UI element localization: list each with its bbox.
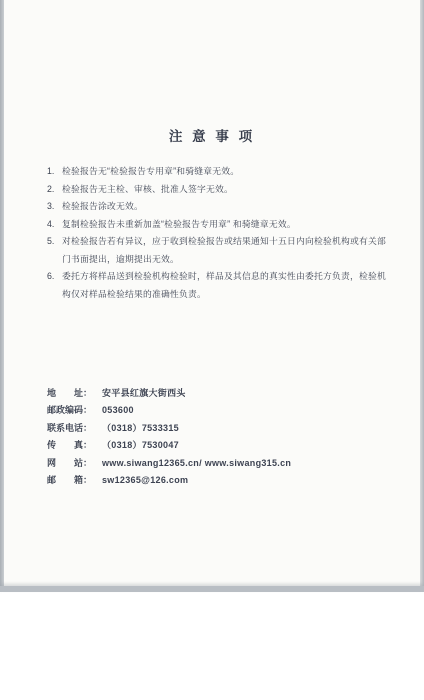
notice-item-text: 检验报告无主检、审核、批准人签字无效。 [62,181,386,199]
notice-item-number: 5. [47,233,62,268]
contact-label: 网 站： [47,455,102,472]
contact-row-fax: 传 真： （0318）7530047 [47,437,377,454]
notice-item-number: 1. [47,163,62,181]
scan-edge-right [420,0,424,592]
notice-item-text: 复制检验报告未重新加盖“检验报告专用章” 和骑缝章无效。 [62,216,386,234]
contact-label: 地 址： [47,385,102,402]
contact-label: 邮政编码： [47,402,102,419]
notice-item: 5. 对检验报告若有异议，应于收到检验报告或结果通知十五日内向检验机构或有关部门… [47,233,386,268]
notice-item: 6. 委托方将样品送到检验机构检验时，样品及其信息的真实性由委托方负责，检验机构… [47,268,386,303]
contact-row-email: 邮 箱： sw12365@126.com [47,472,377,489]
contact-label: 邮 箱： [47,472,102,489]
contact-value-email: sw12365@126.com [102,472,188,489]
notice-item: 3. 检验报告涂改无效。 [47,198,386,216]
contact-row-address: 地 址： 安平县红旗大街西头 [47,385,377,402]
contact-value-fax: （0318）7530047 [102,437,179,454]
contact-value-postcode: 053600 [102,402,134,419]
scanned-document-page: 注 意 事 项 1. 检验报告无“检验报告专用章”和骑缝章无效。 2. 检验报告… [0,0,424,592]
scan-edge-bottom [0,586,424,592]
notice-item-text: 委托方将样品送到检验机构检验时，样品及其信息的真实性由委托方负责，检验机构仅对样… [62,268,386,303]
contact-value-phone: （0318）7533315 [102,420,179,437]
notice-item-number: 3. [47,198,62,216]
contact-row-website: 网 站： www.siwang12365.cn/ www.siwang315.c… [47,455,377,472]
notice-item-number: 2. [47,181,62,199]
notice-item-text: 检验报告涂改无效。 [62,198,386,216]
notice-item: 4. 复制检验报告未重新加盖“检验报告专用章” 和骑缝章无效。 [47,216,386,234]
notice-item: 2. 检验报告无主检、审核、批准人签字无效。 [47,181,386,199]
contact-value-website: www.siwang12365.cn/ www.siwang315.cn [102,455,291,472]
scan-edge-left [0,0,4,592]
notice-item-text: 对检验报告若有异议，应于收到检验报告或结果通知十五日内向检验机构或有关部门书面提… [62,233,386,268]
contact-value-address: 安平县红旗大街西头 [102,385,186,402]
notice-item-number: 4. [47,216,62,234]
contact-label: 传 真： [47,437,102,454]
notice-item-number: 6. [47,268,62,303]
screenshot-canvas: 注 意 事 项 1. 检验报告无“检验报告专用章”和骑缝章无效。 2. 检验报告… [0,0,424,700]
contact-block: 地 址： 安平县红旗大街西头 邮政编码： 053600 联系电话： （0318）… [47,385,377,490]
notice-item: 1. 检验报告无“检验报告专用章”和骑缝章无效。 [47,163,386,181]
contact-row-postcode: 邮政编码： 053600 [47,402,377,419]
page-title: 注 意 事 项 [0,125,424,145]
notice-list: 1. 检验报告无“检验报告专用章”和骑缝章无效。 2. 检验报告无主检、审核、批… [47,163,386,303]
notice-item-text: 检验报告无“检验报告专用章”和骑缝章无效。 [62,163,386,181]
contact-row-phone: 联系电话： （0318）7533315 [47,420,377,437]
contact-label: 联系电话： [47,420,102,437]
